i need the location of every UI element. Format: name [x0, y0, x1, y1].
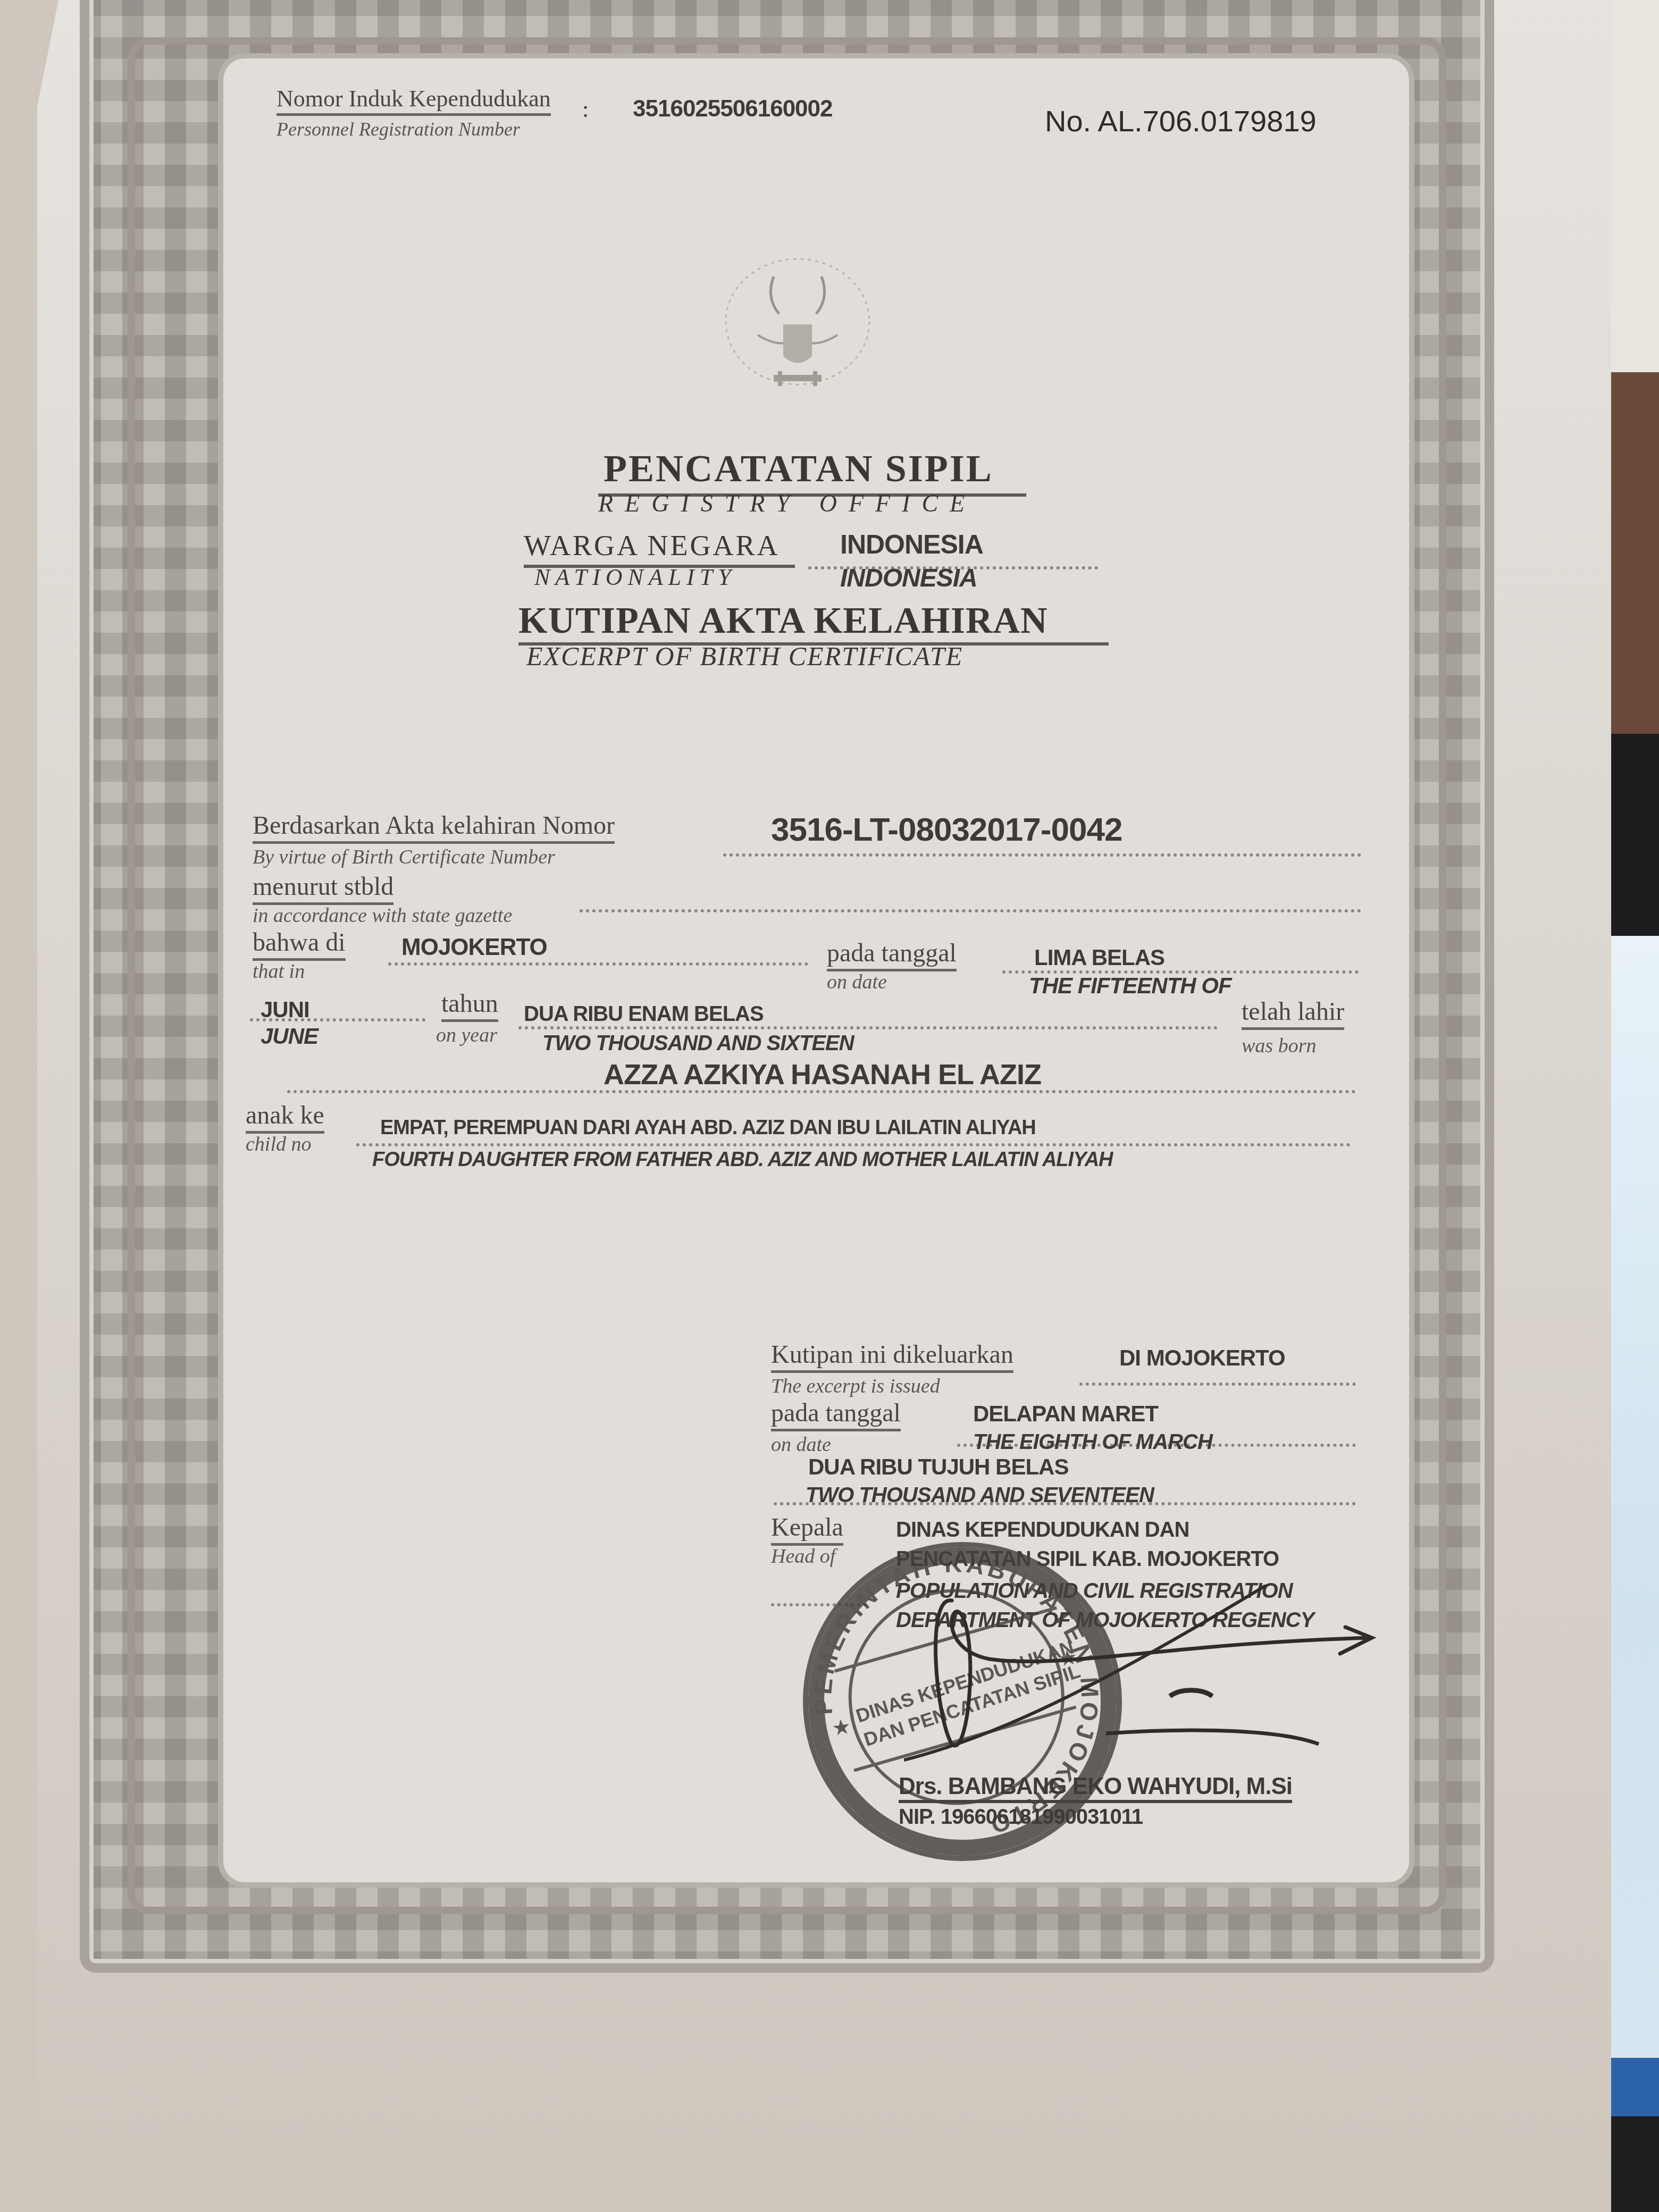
year-value: DUA RIBU ENAM BELAS [524, 1002, 764, 1026]
child-name: AZZA AZKIYA HASANAH EL AZIZ [604, 1058, 1041, 1091]
office-title: PENCATATAN SIPIL [604, 447, 993, 491]
head-label: Kepala [771, 1513, 843, 1546]
cert-number-value: 3516-LT-08032017-0042 [771, 811, 1122, 849]
stbld-label: menurut stbld [253, 872, 393, 905]
child-no-value: EMPAT, PEREMPUAN DARI AYAH ABD. AZIZ DAN… [380, 1117, 1036, 1139]
signatory-name: Drs. BAMBANG EKO WAHYUDI, M.Si [899, 1773, 1292, 1803]
nik-label: Nomor Induk Kependudukan [276, 85, 551, 116]
garuda-emblem-icon [720, 255, 875, 388]
child-no-dots [356, 1143, 1351, 1146]
stbld-dots [580, 909, 1361, 912]
nationality-value-en: INDONESIA [840, 564, 977, 593]
date-label-en: on date [827, 970, 887, 994]
svg-text:★: ★ [831, 1714, 853, 1741]
place-dots [388, 962, 808, 966]
date-value: LIMA BELAS [1034, 945, 1164, 970]
issued-year-value-en: TWO THOUSAND AND SEVENTEEN [806, 1484, 1154, 1507]
nik-value: 3516025506160002 [633, 96, 833, 122]
photo-background [1606, 0, 1659, 2212]
nationality-label: WARGA NEGARA [524, 529, 780, 562]
month-value-en: JUNE [261, 1024, 318, 1049]
background-taskbar [1606, 2058, 1659, 2116]
year-dots [518, 1026, 1218, 1029]
born-label-en: was born [1242, 1034, 1316, 1058]
place-label-en: that in [253, 960, 305, 983]
issued-date-value: DELAPAN MARET [973, 1401, 1158, 1427]
signatory-nip: NIP. 196606181990031011 [899, 1805, 1143, 1829]
issued-value: DI MOJOKERTO [1119, 1345, 1285, 1371]
issued-date-label-en: on date [771, 1433, 831, 1456]
document-title: KUTIPAN AKTA KELAHIRAN [518, 600, 1048, 642]
date-label: pada tanggal [827, 939, 957, 971]
background-desk [1606, 2116, 1659, 2212]
child-no-label: anak ke [246, 1101, 324, 1134]
background-furniture [1606, 372, 1659, 734]
child-no-label-en: child no [246, 1133, 311, 1156]
cert-number-label-en: By virtue of Birth Certificate Number [253, 845, 555, 869]
issued-label: Kutipan ini dikeluarkan [771, 1340, 1013, 1373]
date-value-en: THE FIFTEENTH OF [1029, 973, 1231, 999]
issued-year-value: DUA RIBU TUJUH BELAS [808, 1454, 1068, 1480]
nationality-value: INDONESIA [840, 529, 983, 560]
place-value: MOJOKERTO [401, 934, 547, 961]
year-label-en: on year [436, 1024, 497, 1047]
issued-dots [1079, 1382, 1356, 1386]
issued-date-label: pada tanggal [771, 1398, 901, 1431]
background-monitor-screen [1606, 936, 1659, 2058]
cert-number-label: Berdasarkan Akta kelahiran Nomor [253, 811, 615, 844]
stbld-label-en: in accordance with state gazette [253, 904, 512, 927]
child-no-value-en: FOURTH DAUGHTER FROM FATHER ABD. AZIZ AN… [372, 1149, 1113, 1171]
nik-separator: : [582, 96, 589, 123]
nationality-label-en: NATIONALITY [534, 564, 736, 591]
year-value-en: TWO THOUSAND AND SIXTEEN [542, 1032, 854, 1055]
issued-date-value-en: THE EIGHTH OF MARCH [973, 1430, 1212, 1454]
born-label: telah lahir [1242, 997, 1344, 1030]
certificate-number: No. AL.706.0179819 [1045, 104, 1317, 138]
cert-number-dots [723, 853, 1361, 857]
office-title-en: REGISTRY OFFICE [598, 489, 976, 517]
year-label: tahun [441, 989, 498, 1022]
place-label: bahwa di [253, 928, 346, 961]
month-dots [250, 1018, 425, 1021]
signature-icon [904, 1585, 1414, 1797]
document-title-en: EXCERPT OF BIRTH CERTIFICATE [526, 641, 963, 672]
issued-label-en: The excerpt is issued [771, 1375, 940, 1398]
background-monitor-bezel [1606, 734, 1659, 936]
nik-label-en: Personnel Registration Number [276, 118, 520, 140]
